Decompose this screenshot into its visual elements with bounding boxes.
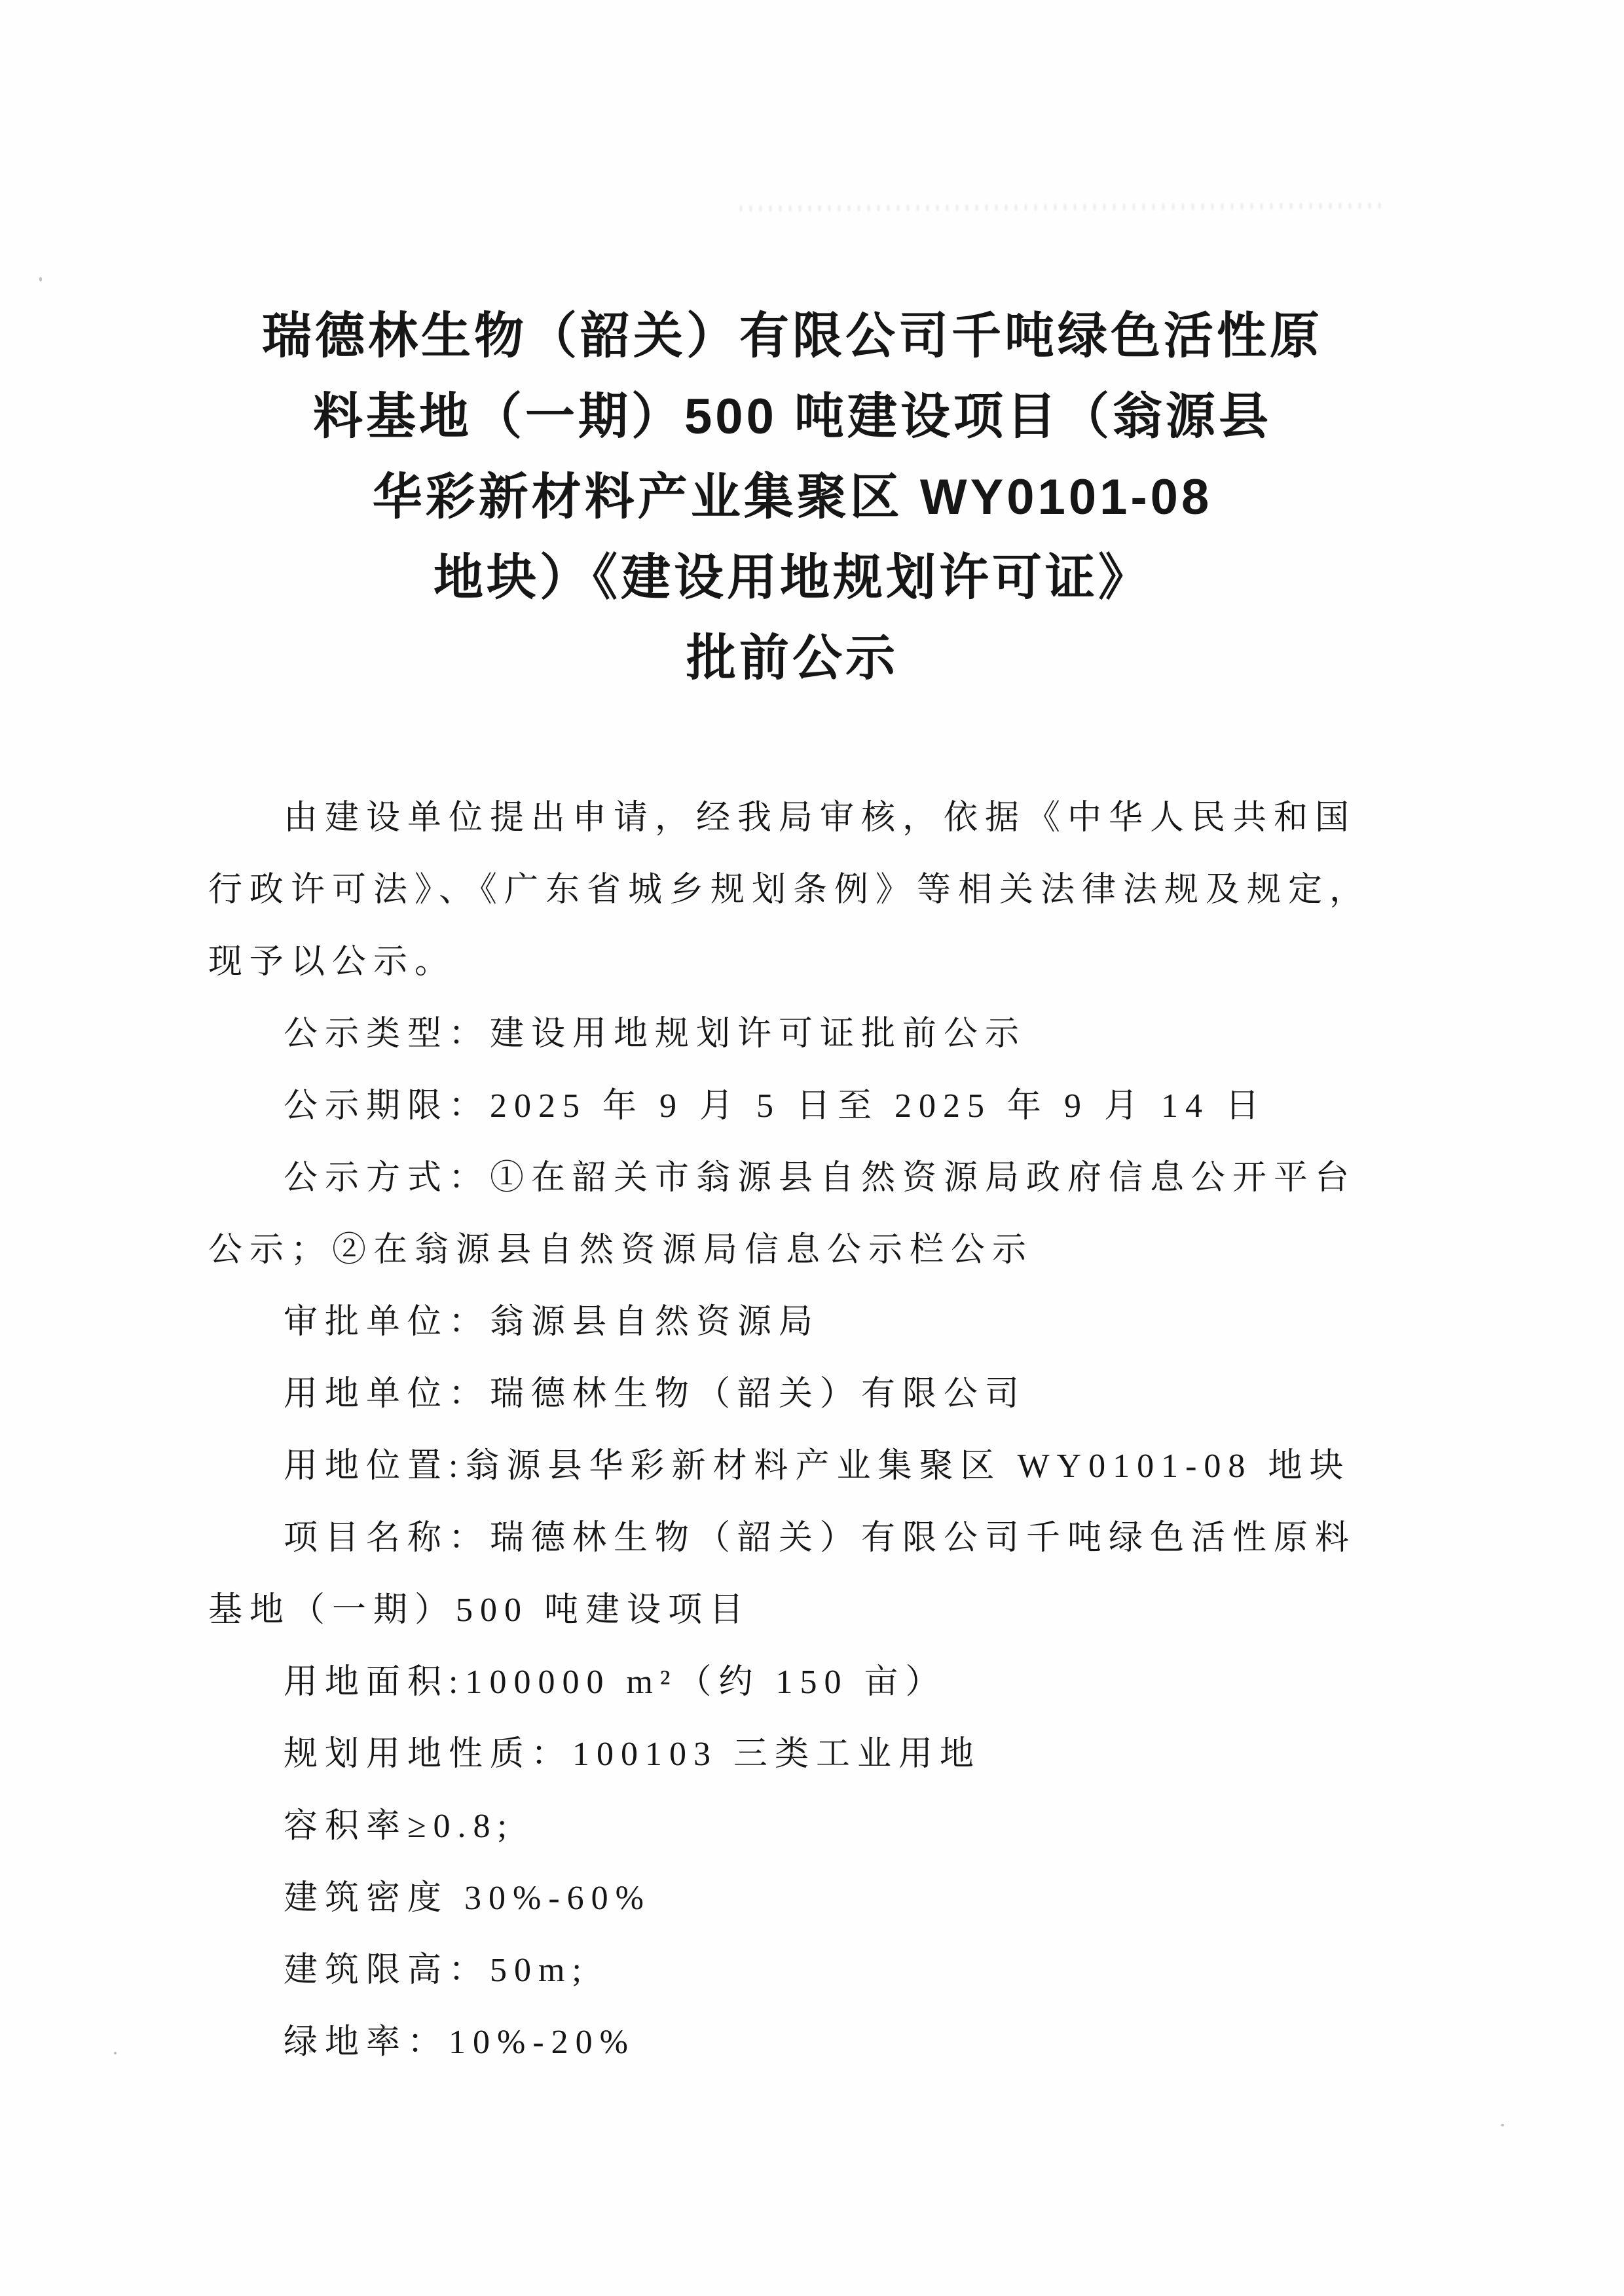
title-line: 华彩新材料产业集聚区 WY0101-08 <box>92 457 1493 538</box>
body-line: 用地面积:100000 m²（约 150 亩） <box>208 1647 1426 1719</box>
scan-speck <box>114 2052 117 2054</box>
scan-artifact-streak <box>740 203 1388 211</box>
title-line: 批前公示 <box>92 618 1493 699</box>
body-line: 由建设单位提出申请，经我局审核，依据《中华人民共和国 <box>208 782 1426 854</box>
document-title: 瑞德林生物（韶关）有限公司千吨绿色活性原料基地（一期）500 吨建设项目（翁源县… <box>92 296 1493 699</box>
body-line: 公示类型：建设用地规划许可证批前公示 <box>208 998 1426 1070</box>
document-page: 瑞德林生物（韶关）有限公司千吨绿色活性原料基地（一期）500 吨建设项目（翁源县… <box>0 0 1624 2296</box>
body-line: 建筑限高：50m; <box>208 1935 1426 2007</box>
scan-speck <box>1501 2124 1504 2126</box>
body-line: 行政许可法》、《广东省城乡规划条例》等相关法律法规及规定， <box>208 854 1426 926</box>
body-line: 现予以公示。 <box>208 926 1426 998</box>
body-line: 公示；②在翁源县自然资源局信息公示栏公示 <box>208 1214 1426 1286</box>
scan-speck <box>39 277 42 282</box>
title-line: 料基地（一期）500 吨建设项目（翁源县 <box>92 376 1493 457</box>
body-line: 审批单位：翁源县自然资源局 <box>208 1286 1426 1358</box>
body-line: 项目名称：瑞德林生物（韶关）有限公司千吨绿色活性原料 <box>208 1503 1426 1575</box>
body-line: 绿地率：10%-20% <box>208 2007 1426 2079</box>
title-line: 瑞德林生物（韶关）有限公司千吨绿色活性原 <box>92 296 1493 376</box>
body-line: 用地单位：瑞德林生物（韶关）有限公司 <box>208 1358 1426 1430</box>
body-line: 用地位置:翁源县华彩新材料产业集聚区 WY0101-08 地块 <box>208 1430 1426 1503</box>
body-line: 基地（一期）500 吨建设项目 <box>208 1575 1426 1647</box>
document-body: 由建设单位提出申请，经我局审核，依据《中华人民共和国行政许可法》、《广东省城乡规… <box>208 782 1426 2079</box>
title-line: 地块）《建设用地规划许可证》 <box>92 538 1493 618</box>
body-line: 公示方式：①在韶关市翁源县自然资源局政府信息公开平台 <box>208 1142 1426 1214</box>
body-line: 建筑密度 30%-60% <box>208 1863 1426 1935</box>
body-line: 容积率≥0.8; <box>208 1791 1426 1863</box>
body-line: 规划用地性质：100103 三类工业用地 <box>208 1719 1426 1791</box>
body-line: 公示期限：2025 年 9 月 5 日至 2025 年 9 月 14 日 <box>208 1070 1426 1142</box>
